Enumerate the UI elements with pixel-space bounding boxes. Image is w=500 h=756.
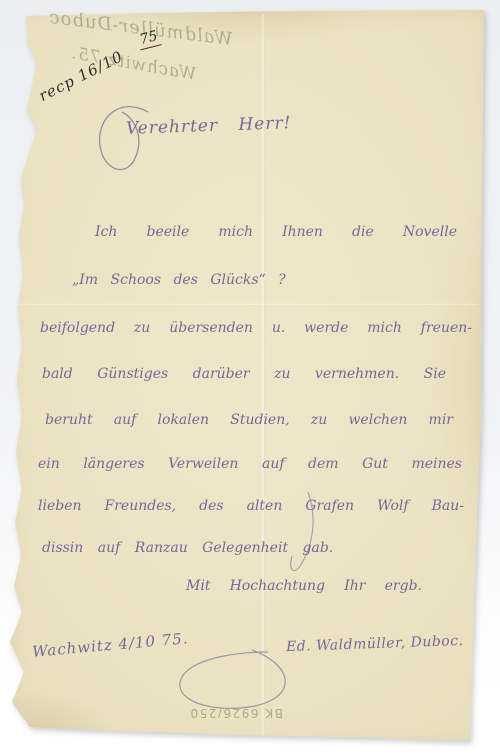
letter-scan: Waldmüller-Duboc Wachwitz 75. recp 16/10… xyxy=(0,0,500,756)
letter-line: ein längeres Verweilen auf dem Gut meine… xyxy=(38,456,462,472)
letter-line: dissin auf Ranzau Gelegenheit gab. xyxy=(42,540,333,556)
horizontal-fold-crease xyxy=(20,303,478,306)
letter-line: lieben Freundes, des alten Grafen Wolf B… xyxy=(38,498,464,514)
letter-closing: Mit Hochachtung Ihr ergb. xyxy=(186,578,422,594)
letter-line: bald Günstiges darüber zu vernehmen. Sie xyxy=(42,366,446,382)
letter-line: beifolgend zu übersenden u. werde mich f… xyxy=(40,320,472,336)
letter-line: „Im Schoos des Glücks“ ? xyxy=(72,272,286,288)
letter-line: Ich beeile mich Ihnen die Novelle xyxy=(95,224,457,240)
catalog-number: BK 6926/250 xyxy=(168,706,304,720)
letter-line: beruht auf lokalen Studien, zu welchen m… xyxy=(45,412,453,428)
